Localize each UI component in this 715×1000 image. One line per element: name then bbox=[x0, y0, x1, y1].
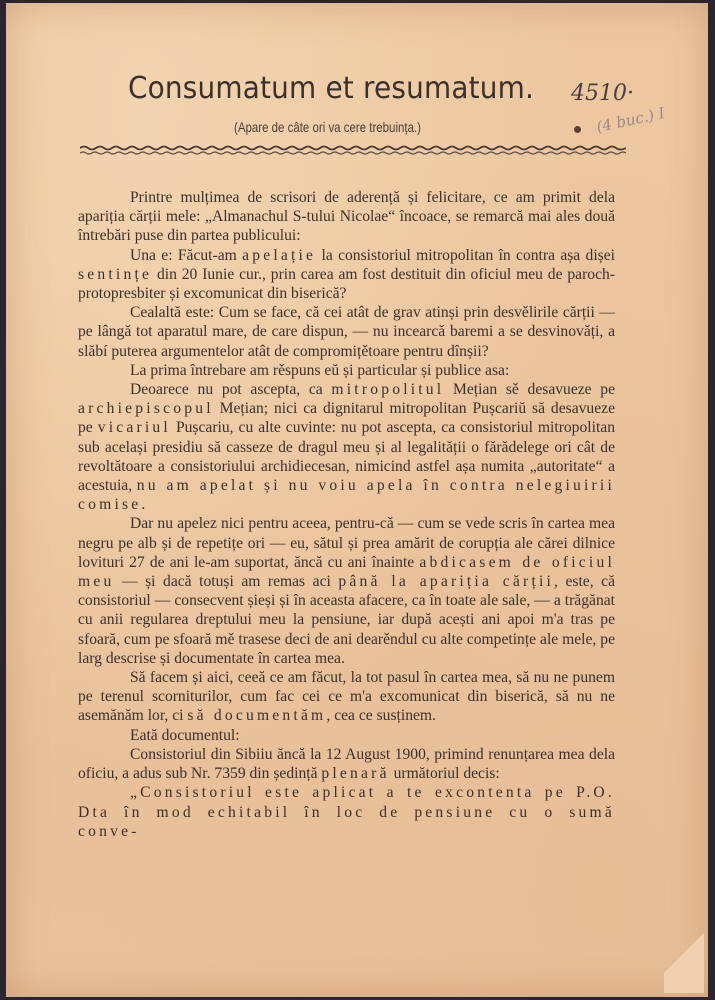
wavy-divider bbox=[80, 143, 626, 157]
document-title: Consumatum et resumatum. bbox=[128, 71, 534, 106]
document-subtitle: (Apare de câte ori va cere trebuința.) bbox=[234, 119, 421, 135]
spaced-emphasis-text: până la apariția cărții bbox=[338, 573, 554, 590]
folded-corner bbox=[664, 913, 704, 993]
document-body: Printre mulțimea de scrisori de aderență… bbox=[78, 188, 615, 841]
paragraph: Deoarece nu pot ascepta, ca mitropolitul… bbox=[78, 380, 615, 514]
spaced-emphasis-text: archiepiscopul bbox=[78, 400, 214, 417]
text-run: la consistoriul mitropolitan în contra a… bbox=[316, 247, 615, 264]
text-run: Deoarece nu pot ascepta, ca bbox=[130, 381, 331, 398]
text-run: — și dacă totuși am remas aci bbox=[114, 573, 338, 590]
spaced-emphasis-text: să documentăm bbox=[187, 707, 326, 724]
paragraph: Să facem și aici, ceeă ce am făcut, la t… bbox=[78, 668, 615, 726]
text-run: , cea ce susținem. bbox=[326, 707, 436, 724]
text-run: din 20 Iunie cur., prin carea am fost de… bbox=[78, 266, 615, 302]
spaced-emphasis-text: mitropolitul bbox=[331, 381, 444, 398]
handwritten-number: 4510· bbox=[571, 81, 634, 106]
text-run: La prima întrebare am rěspuns eŭ și part… bbox=[130, 362, 509, 379]
text-run: Una e: Făcut-am bbox=[130, 247, 242, 264]
paragraph: Una e: Făcut-am apelație la consistoriul… bbox=[78, 246, 615, 304]
paragraph: Printre mulțimea de scrisori de aderență… bbox=[78, 188, 615, 246]
text-run: Cealaltă este: Cum se face, că cei atât … bbox=[78, 304, 615, 359]
handwritten-note: (4 buc.) I bbox=[595, 104, 666, 136]
text-run: următoriul decis: bbox=[390, 765, 500, 782]
spaced-emphasis-text: vicariul bbox=[98, 419, 171, 436]
paragraph: Eată documentul: bbox=[78, 726, 615, 745]
paragraph: Dar nu apelez nici pentru aceea, pentru-… bbox=[78, 514, 615, 668]
spaced-emphasis-text: „Consistoriul este aplicat a te exconten… bbox=[78, 784, 615, 839]
spaced-emphasis-text: apelație bbox=[242, 247, 316, 264]
spaced-emphasis-text: sentințe bbox=[78, 266, 152, 283]
paragraph: Cealaltă este: Cum se face, că cei atât … bbox=[78, 303, 615, 361]
document-page: Consumatum et resumatum. (Apare de câte … bbox=[6, 3, 708, 997]
ink-dot bbox=[574, 126, 581, 133]
text-run: Eată documentul: bbox=[130, 727, 240, 744]
text-run: Printre mulțimea de scrisori de aderență… bbox=[78, 189, 615, 244]
spaced-emphasis-text: nu am apelat și nu voiu apela în contra … bbox=[78, 477, 615, 513]
text-run: Mețian sě desavueze pe bbox=[444, 381, 615, 398]
spaced-emphasis-text: plenară bbox=[321, 765, 389, 782]
paragraph: „Consistoriul este aplicat a te exconten… bbox=[78, 783, 615, 841]
paragraph: La prima întrebare am rěspuns eŭ și part… bbox=[78, 361, 615, 380]
paragraph: Consistoriul din Sibiiu ăncă la 12 Augus… bbox=[78, 745, 615, 783]
